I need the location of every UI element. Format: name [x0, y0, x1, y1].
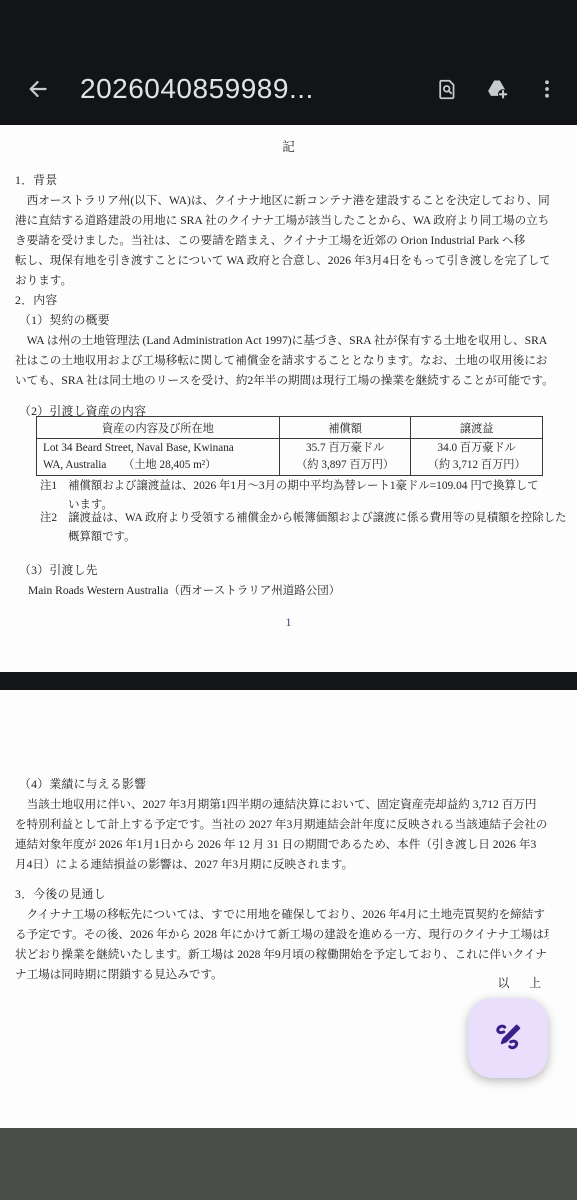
text-line: クイナナ工場の移転先については、すでに用地を確保しており、2026 年4月に土地…	[15, 905, 549, 925]
text-line: いても、SRA 社は同土地のリースを受け、約2年半の期間は現行工場の操業を継続す…	[15, 371, 549, 391]
section-2-title: 2．内容	[15, 291, 58, 309]
back-arrow-icon	[25, 76, 51, 102]
text-line: 当該土地収用に伴い、2027 年3月期第1四半期の連結決算において、固定資産売却…	[15, 795, 549, 815]
pdf-page-1: 記 1．背景 西オーストラリア州(以下、WA)は、クイナナ地区に新コンテナ港を建…	[0, 125, 577, 672]
back-button[interactable]	[16, 67, 60, 111]
text-line: 転し、現保有地を引き渡すことについて WA 政府と合意し、2026 年3月4日を…	[15, 251, 549, 271]
page-number: 1	[0, 617, 577, 629]
section-3-paragraph: クイナナ工場の移転先については、すでに用地を確保しており、2026 年4月に土地…	[15, 905, 549, 985]
appbar-actions	[425, 67, 569, 111]
text-line: を特別利益として計上する予定です。当社の 2027 年3月期連結会計年度に反映さ…	[15, 815, 549, 835]
section-1-title: 1．背景	[15, 171, 58, 189]
table-header-row: 資産の内容及び所在地 補償額 譲渡益	[37, 417, 543, 439]
page-separator	[0, 672, 577, 690]
text-line: 港に直結する道路建設の用地に SRA 社のクイナナ工場が該当したことから、WA …	[15, 211, 549, 231]
section-1-paragraph: 西オーストラリア州(以下、WA)は、クイナナ地区に新コンテナ港を建設することを決…	[15, 191, 549, 291]
table-row: Lot 34 Beard Street, Naval Base, Kwinana…	[37, 439, 543, 476]
pdf-viewer-screen: 2026040859989...	[0, 0, 577, 1200]
add-to-drive-icon	[484, 76, 510, 102]
bottom-band	[0, 1128, 577, 1200]
gain-cell: 34.0 百万豪ドル （約 3,712 百万円）	[411, 439, 543, 476]
section-2-1-paragraph: WA は州の土地管理法 (Land Administration Act 199…	[15, 331, 549, 391]
app-bar: 2026040859989...	[0, 0, 577, 125]
annotate-fab[interactable]	[468, 998, 548, 1078]
text-line: る予定です。その後、2026 年から 2028 年にかけて新工場の建設を進める一…	[15, 925, 549, 945]
asset-cell: Lot 34 Beard Street, Naval Base, Kwinana…	[37, 439, 280, 476]
text-line: 西オーストラリア州(以下、WA)は、クイナナ地区に新コンテナ港を建設することを決…	[15, 191, 549, 211]
closing-mark: 以 上	[498, 974, 545, 991]
text-line: 社はこの土地収用および工場移転に関して補償金を請求することとなります。なお、土地…	[15, 351, 549, 371]
note-2: 注2 譲渡益は、WA 政府より受領する補償金から帳簿価額および譲渡に係る費用等の…	[40, 509, 549, 547]
section-2-1-title: （1）契約の概要	[19, 311, 110, 329]
find-in-document-button[interactable]	[425, 67, 469, 111]
stylus-note-icon	[489, 1018, 527, 1059]
section-2-3-title: （3）引渡し先	[19, 561, 98, 579]
text-line: き要請を受けました。当社は、この要請を踏まえ、クイナナ工場を近郊の Orion …	[15, 231, 549, 251]
asset-table: 資産の内容及び所在地 補償額 譲渡益 Lot 34 Beard Street, …	[36, 416, 543, 476]
text-line: 月4日）による連結損益の影響は、2027 年3月期に反映されます。	[15, 855, 549, 875]
find-in-page-icon	[435, 77, 460, 102]
overflow-menu-icon	[535, 77, 559, 101]
document-title: 2026040859989...	[80, 67, 425, 111]
text-line: 状どおり操業を継続いたします。新工場は 2028 年9月頃の稼働開始を予定してお…	[15, 945, 549, 965]
section-3-title: 3．今後の見通し	[15, 885, 106, 903]
doc-heading: 記	[0, 137, 577, 157]
text-line: WA は州の土地管理法 (Land Administration Act 199…	[15, 331, 549, 351]
compensation-header-cell: 補償額	[279, 417, 411, 439]
text-line: 連結対象年度が 2026 年1月1日から 2026 年 12 月 31 日の期間…	[15, 835, 549, 855]
text-line: おります。	[15, 271, 549, 291]
text-line: ナ工場は同時期に閉鎖する見込みです。	[15, 965, 549, 985]
gain-header-cell: 譲渡益	[411, 417, 543, 439]
note-2-text: 譲渡益は、WA 政府より受領する補償金から帳簿価額および譲渡に係る費用等の見積額…	[68, 509, 566, 547]
note-2-label: 注2	[40, 509, 57, 547]
overflow-menu-button[interactable]	[525, 67, 569, 111]
section-2-4-paragraph: 当該土地収用に伴い、2027 年3月期第1四半期の連結決算において、固定資産売却…	[15, 795, 549, 875]
add-to-drive-button[interactable]	[475, 67, 519, 111]
compensation-cell: 35.7 百万豪ドル （約 3,897 百万円）	[279, 439, 411, 476]
asset-header-cell: 資産の内容及び所在地	[37, 417, 280, 439]
section-2-3-body: Main Roads Western Australia（西オーストラリア州道路…	[28, 582, 340, 600]
section-2-4-title: （4）業績に与える影響	[19, 775, 146, 793]
